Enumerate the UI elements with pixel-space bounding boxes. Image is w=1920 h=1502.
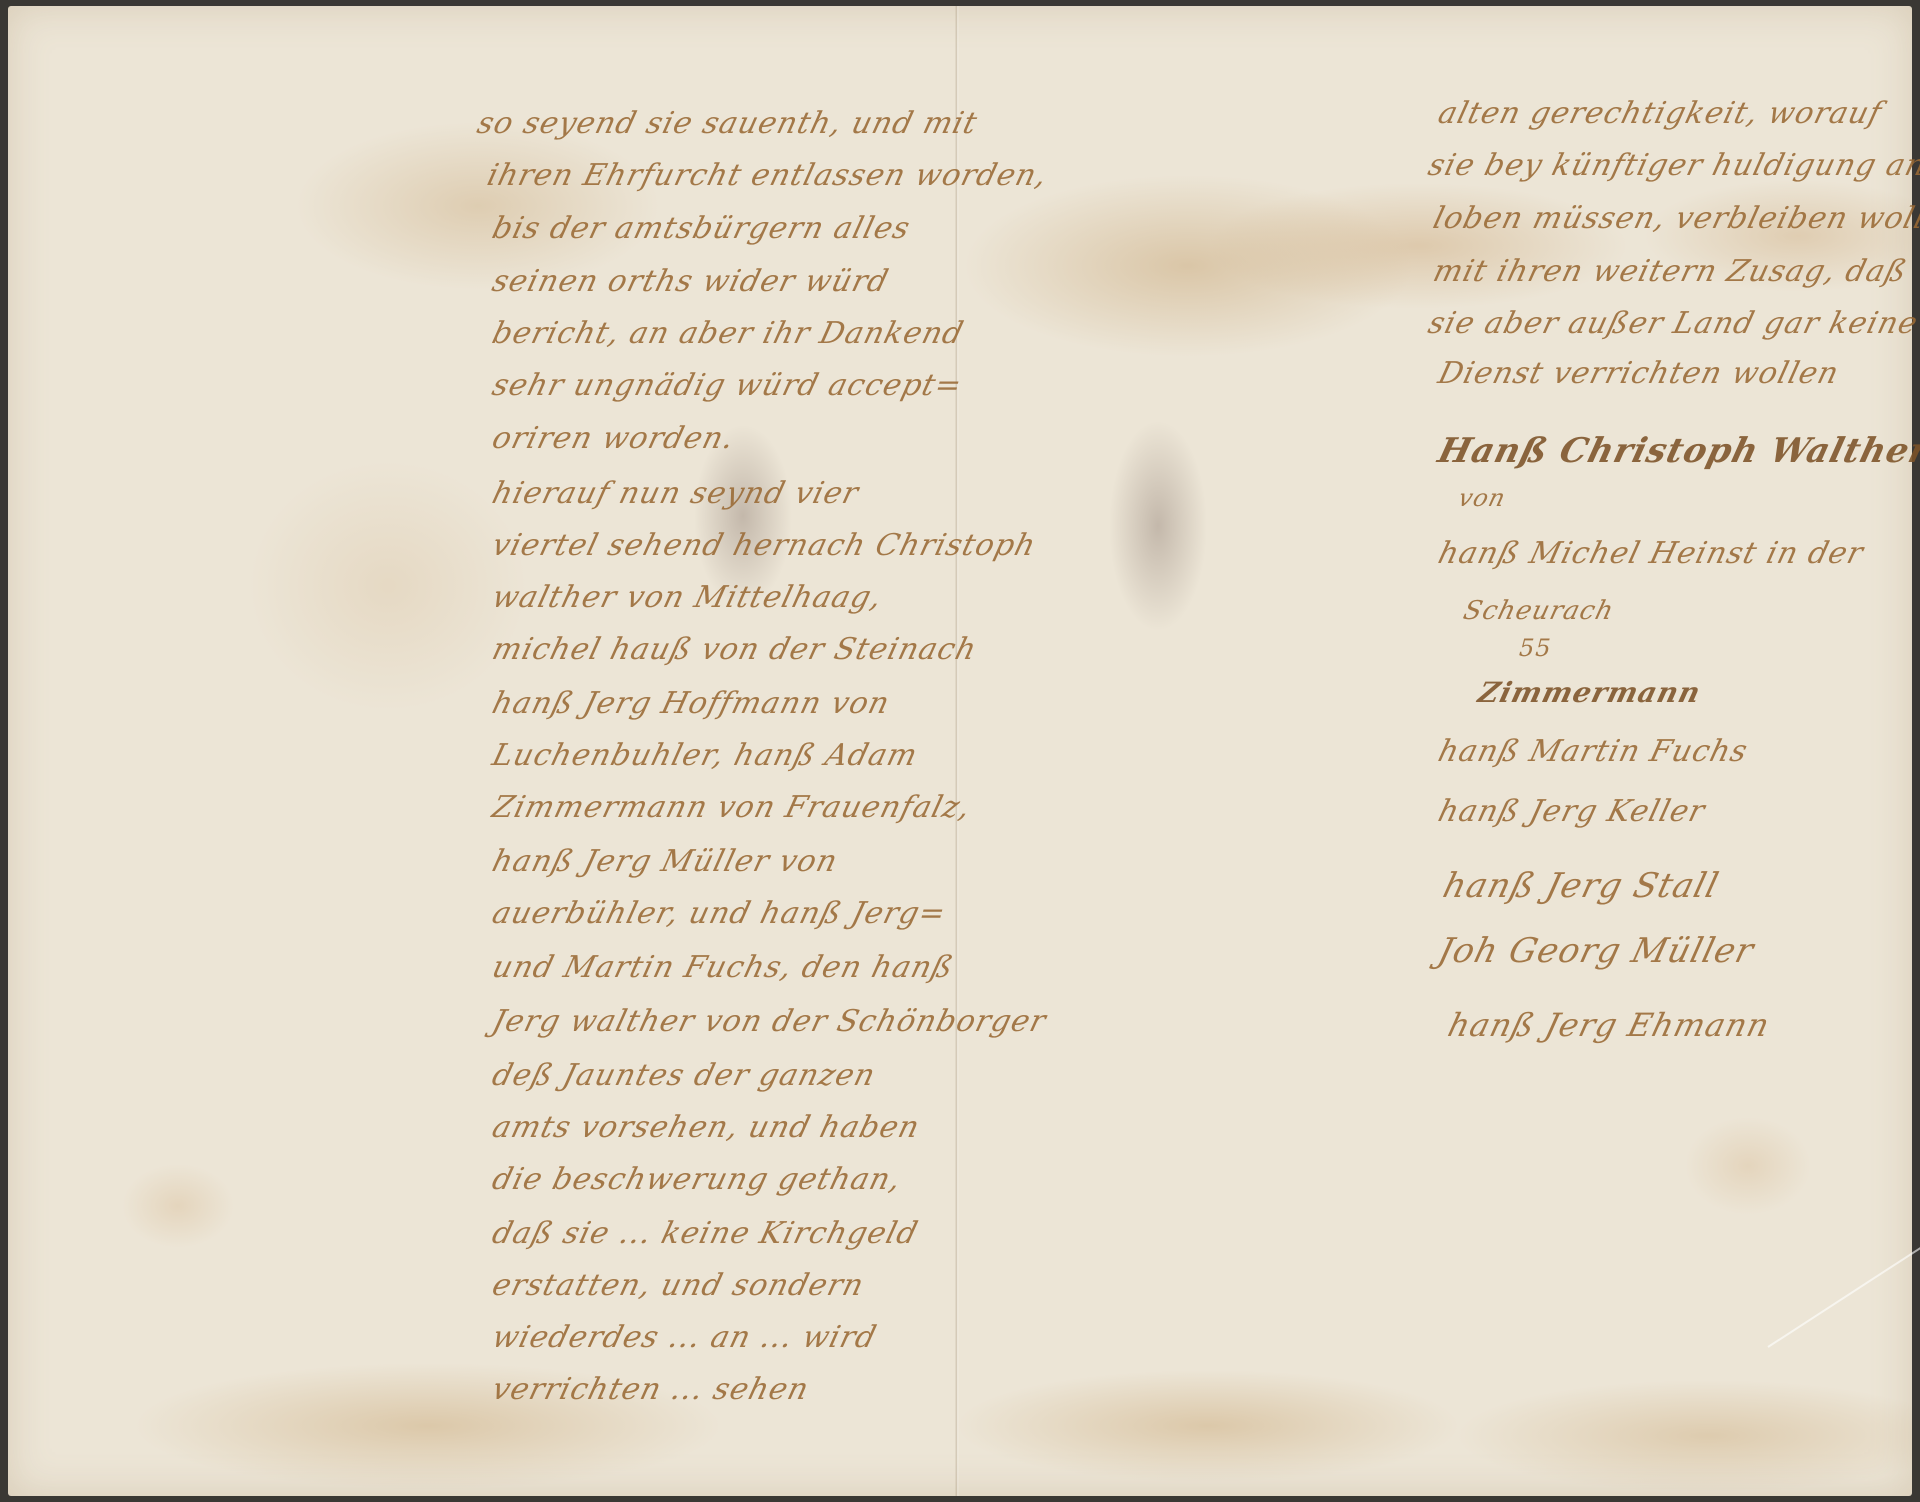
left-page: so seyend sie sauenth, und mit ihren Ehr…: [8, 6, 955, 1496]
text-line: bis der amtsbürgern alles: [489, 211, 914, 246]
text-line: so seyend sie sauenth, und mit: [474, 106, 982, 141]
signature: Hanß Christoph Walther: [1434, 431, 1920, 471]
signature: hanß Jerg Keller: [1435, 794, 1709, 829]
text-line: die beschwerung gethan,: [489, 1162, 906, 1197]
text-line: auerbühler, und hanß Jerg=: [489, 896, 950, 931]
text-line: bericht, an aber ihr Dankend: [489, 316, 968, 351]
text-line: amts vorsehen, und haben: [489, 1110, 924, 1145]
signature: Joh Georg Müller: [1434, 931, 1758, 971]
signature: hanß Martin Fuchs: [1435, 734, 1752, 769]
text-line: michel hauß von der Steinach: [489, 632, 981, 667]
signature: hanß Jerg Ehmann: [1444, 1006, 1774, 1044]
page-number: 55: [1516, 634, 1556, 662]
manuscript-sheet: so seyend sie sauenth, und mit ihren Ehr…: [8, 6, 1912, 1496]
text-line: mit ihren weitern Zusag, daß: [1430, 254, 1911, 289]
text-line: Zimmermann von Frauenfalz,: [489, 790, 975, 825]
text-line: sie bey künftiger huldigung ange=: [1425, 148, 1920, 183]
signature: Scheurach: [1460, 596, 1617, 626]
text-line: walther von Mittelhaag,: [489, 580, 886, 615]
signature: hanß Jerg Stall: [1439, 866, 1723, 906]
text-line: loben müssen, verbleiben wollen,: [1430, 201, 1920, 236]
right-page: alten gerechtigkeit, worauf sie bey künf…: [959, 6, 1912, 1496]
text-line: und Martin Fuchs, den hanß: [489, 950, 958, 985]
text-line: hanß Jerg Müller von: [489, 844, 842, 879]
text-line: oriren worden.: [489, 421, 739, 456]
text-line: daß sie ... keine Kirchgeld: [489, 1216, 922, 1251]
text-line: sehr ungnädig würd accept=: [489, 368, 966, 403]
text-line: seinen orths wider würd: [489, 264, 893, 299]
signature: von: [1456, 484, 1509, 512]
text-line: hanß Jerg Hoffmann von: [489, 686, 894, 721]
text-line: Luchenbuhler, hanß Adam: [489, 738, 922, 773]
text-line: viertel sehend hernach Christoph: [489, 528, 1040, 563]
signature: Zimmermann: [1475, 676, 1705, 709]
signature: hanß Michel Heinst in der: [1435, 536, 1868, 571]
text-line: alten gerechtigkeit, worauf: [1435, 96, 1886, 131]
text-line: hierauf nun seynd vier: [489, 476, 863, 511]
text-line: erstatten, und sondern: [489, 1268, 868, 1303]
text-line: wiederdes ... an ... wird: [489, 1320, 881, 1355]
text-line: deß Jauntes der ganzen: [489, 1058, 880, 1093]
text-line: sie aber außer Land gar keine: [1425, 306, 1920, 341]
text-line: Dienst verrichten wollen: [1435, 356, 1843, 391]
text-line: verrichten ... sehen: [489, 1372, 813, 1407]
